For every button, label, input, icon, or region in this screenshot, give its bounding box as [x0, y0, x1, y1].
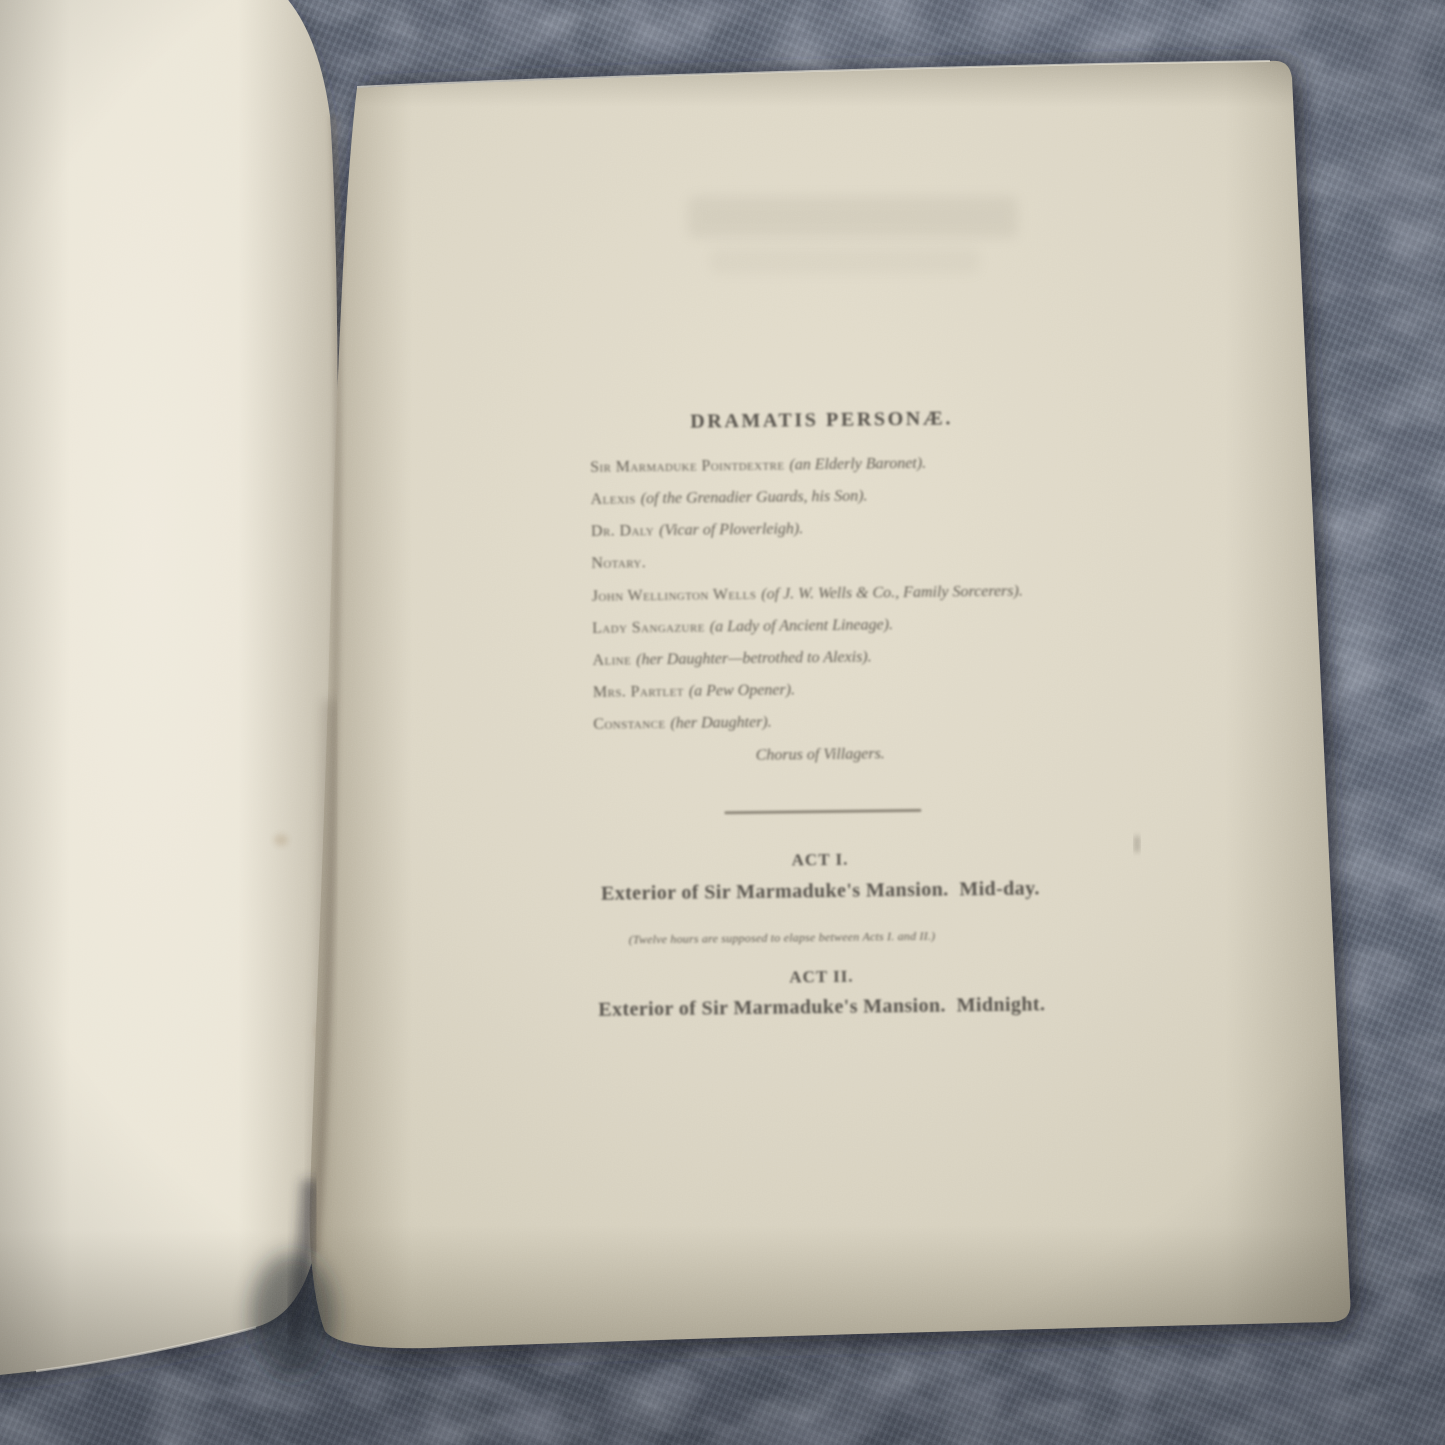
book-photo: DRAMATIS PERSONÆ. Sir Marmaduke Pointdex… — [0, 0, 1445, 1445]
photo-vignette — [0, 0, 1445, 1445]
book-illustration — [0, 0, 1445, 1445]
